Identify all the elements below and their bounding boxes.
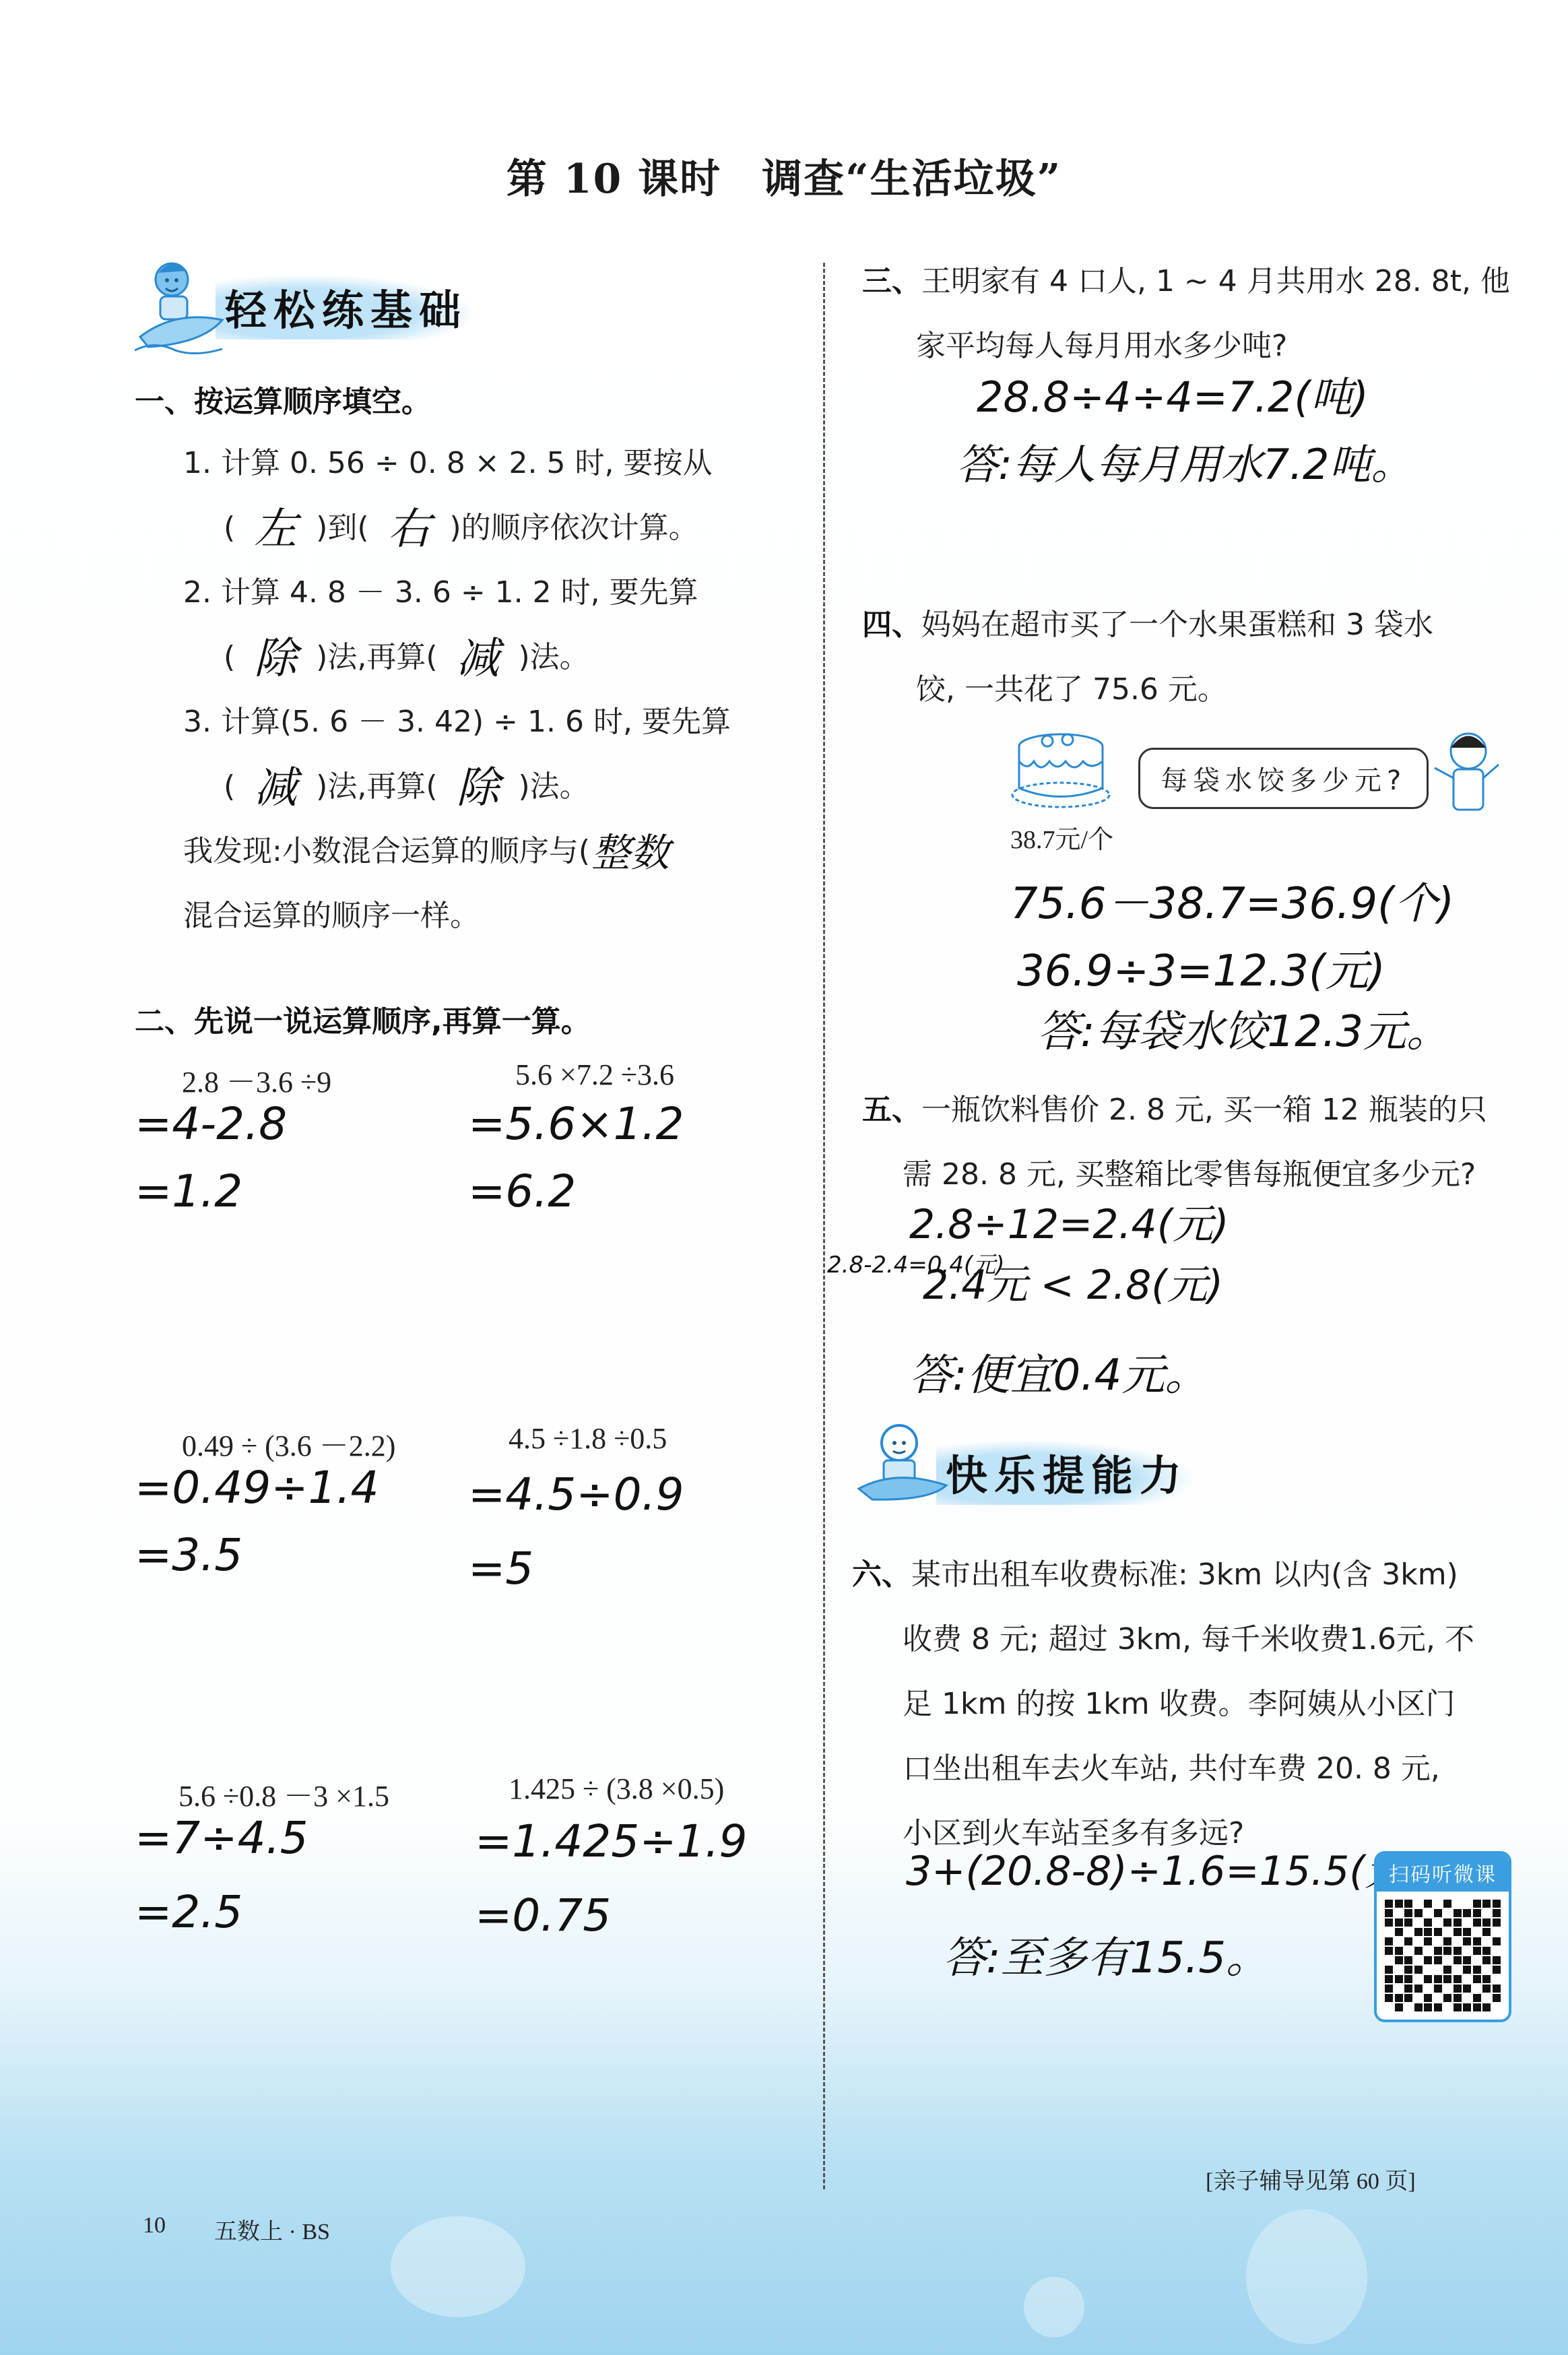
- qr-code-card[interactable]: 扫码听微课: [1374, 1851, 1511, 2022]
- guide-reference: [亲子辅导见第 60 页]: [1206, 2162, 1416, 2195]
- work-step: =7÷4.5: [135, 1812, 308, 1864]
- banner-title: 轻松练基础: [216, 274, 477, 340]
- column-divider: [823, 263, 825, 2189]
- work-step: =5: [468, 1543, 533, 1594]
- problem-6: 1.425 ÷ (3.8 ×0.5): [509, 1772, 724, 1806]
- q1-item-2: 2. 计算 4. 8 － 3. 6 ÷ 1. 2 时, 要先算 (除)法,再算(…: [183, 560, 816, 690]
- q5-work-1: 2.8÷12=2.4(元): [909, 1192, 1229, 1250]
- q1-item-1: 1. 计算 0. 56 ÷ 0. 8 × 2. 5 时, 要按从 (左)到(右)…: [183, 431, 816, 560]
- answer-blank[interactable]: 减: [235, 768, 316, 808]
- page-number: 10: [143, 2213, 166, 2238]
- work-step: =1.2: [135, 1165, 242, 1217]
- q4-work-2: 36.9÷3=12.3(元): [1017, 936, 1385, 998]
- work-step: =0.75: [475, 1890, 611, 1941]
- qr-code-icon: [1377, 1892, 1509, 2020]
- problem-5: 5.6 ÷0.8 －3 ×1.5: [178, 1772, 389, 1815]
- q6-work: 3+(20.8-8)÷1.6=15.5(元): [906, 1839, 1421, 1897]
- q6: 六、某市出租车收费标准: 3km 以内(含 3km) 收费 8 元; 超过 3k…: [852, 1543, 1553, 1866]
- fish-decoration-icon: [391, 2216, 525, 2317]
- qr-label: 扫码听微课: [1377, 1854, 1509, 1892]
- q3-answer: 答:每人每月用水7.2吨。: [956, 431, 1413, 491]
- q2-heading: 二、先说一说运算顺序,再算一算。: [135, 997, 591, 1040]
- q6-answer: 答:至多有15.5。: [943, 1923, 1269, 1985]
- q4: 四、妈妈在超市买了一个水果蛋糕和 3 袋水 饺, 一共花了 75.6 元。: [862, 593, 1549, 722]
- problem-4: 4.5 ÷1.8 ÷0.5: [509, 1421, 667, 1456]
- work-step: =0.49÷1.4: [135, 1462, 379, 1514]
- section-banner-basic: 轻松练基础: [135, 256, 477, 357]
- work-step: =4.5÷0.9: [468, 1469, 684, 1520]
- answer-blank[interactable]: 右: [369, 509, 450, 550]
- work-step: =1.425÷1.9: [475, 1815, 748, 1867]
- answer-blank[interactable]: 除: [235, 639, 316, 679]
- boy-thinking-icon: [1428, 728, 1509, 818]
- work-step: =5.6×1.2: [468, 1098, 684, 1150]
- q1-item-3: 3. 计算(5. 6 － 3. 42) ÷ 1. 6 时, 要先算 (减)法,再…: [183, 690, 816, 819]
- q5-answer: 答:便宜0.4元。: [909, 1341, 1208, 1402]
- answer-blank[interactable]: 减: [438, 639, 519, 679]
- answer-blank[interactable]: 整数: [590, 833, 671, 873]
- page-title: 第 10 课时调查“生活垃圾”: [0, 147, 1568, 205]
- lesson-number: 第 10 课时: [507, 156, 721, 203]
- fish-decoration-icon: [1246, 2209, 1367, 2344]
- answer-blank[interactable]: 除: [438, 768, 519, 808]
- work-step: =2.5: [135, 1886, 242, 1938]
- speech-bubble: 每袋水饺多少元?: [1138, 748, 1429, 809]
- q4-work-1: 75.6－38.7=36.9(个): [1010, 869, 1454, 931]
- banner-title: 快乐提能力: [936, 1440, 1198, 1505]
- book-label: 五数上 · BS: [214, 2213, 330, 2246]
- q1-discovery: 我发现:小数混合运算的顺序与(整数: [183, 819, 816, 884]
- cake-icon: [1010, 728, 1111, 818]
- q1-body: 1. 计算 0. 56 ÷ 0. 8 × 2. 5 时, 要按从 (左)到(右)…: [183, 431, 816, 948]
- q1-heading: 一、按运算顺序填空。: [135, 377, 431, 420]
- q2-problems: 2.8 －3.6 ÷9 =4-2.8 =1.2 5.6 ×7.2 ÷3.6 =5…: [135, 1058, 808, 1967]
- work-step: =6.2: [468, 1165, 576, 1217]
- astronaut-icon: [855, 1421, 936, 1522]
- jetski-boy-icon: [135, 256, 216, 357]
- section-banner-advanced: 快乐提能力: [855, 1421, 1198, 1522]
- work-step: =3.5: [135, 1529, 242, 1581]
- problem-3: 0.49 ÷ (3.6 －2.2): [182, 1421, 395, 1464]
- q4-answer: 答:每袋水饺12.3元。: [1037, 997, 1449, 1059]
- work-step: =4-2.8: [135, 1098, 287, 1150]
- lesson-topic: 调查“生活垃圾”: [762, 156, 1061, 203]
- q5-work-2: 2.4元 < 2.8(元): [923, 1253, 1223, 1311]
- q3-work: 28.8÷4÷4=7.2(吨): [977, 364, 1369, 424]
- problem-1: 2.8 －3.6 ÷9: [182, 1058, 331, 1101]
- problem-2: 5.6 ×7.2 ÷3.6: [515, 1058, 674, 1092]
- cake-price: 38.7元/个: [1010, 818, 1113, 856]
- answer-blank[interactable]: 左: [235, 509, 316, 550]
- q3: 三、王明家有 4 口人, 1 ~ 4 月共用水 28. 8t, 他 家平均每人每…: [862, 249, 1549, 379]
- q5: 五、一瓶饮料售价 2. 8 元, 买一箱 12 瓶装的只 需 28. 8 元, …: [862, 1078, 1549, 1207]
- bubble-decoration-icon: [1024, 2277, 1084, 2337]
